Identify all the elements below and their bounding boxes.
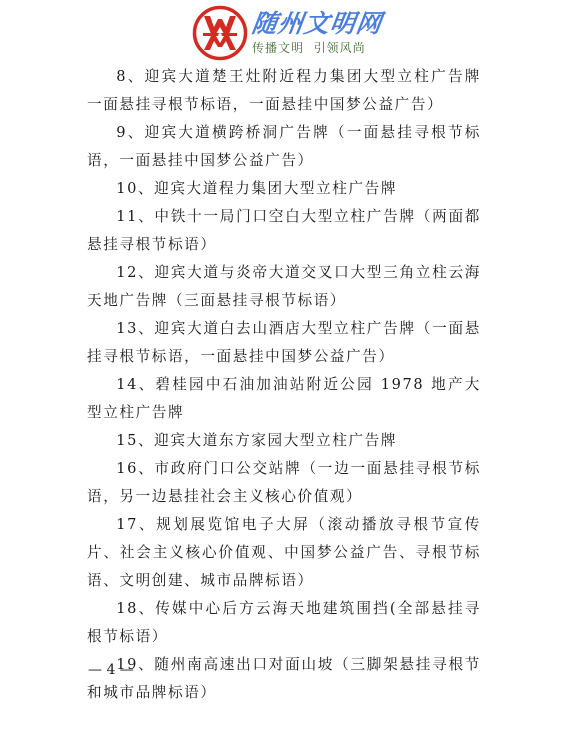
site-name: 随州文明网 (250, 10, 384, 38)
document-body: 8、迎宾大道楚王灶附近程力集团大型立柱广告牌一面悬挂寻根节标语，一面悬挂中国梦公… (87, 63, 481, 707)
wm-circle-logo-icon (192, 5, 248, 61)
list-item-16: 16、市政府门口公交站牌（一边一面悬挂寻根节标语，另一边悬挂社会主义核心价值观） (87, 455, 481, 511)
logo-text-block: 随州文明网 传播文明 引领风尚 (252, 10, 382, 56)
page-number: — 4 — (88, 662, 134, 678)
list-item-18: 18、传媒中心后方云海天地建筑围挡(全部悬挂寻根节标语） (87, 595, 481, 651)
list-item-15: 15、迎宾大道东方家园大型立柱广告牌 (87, 427, 481, 455)
list-item-11: 11、中铁十一局门口空白大型立柱广告牌（两面都悬挂寻根节标语） (87, 203, 481, 259)
list-item-19: 19、随州南高速出口对面山坡（三脚架悬挂寻根节和城市品牌标语） (87, 651, 481, 707)
list-item-13: 13、迎宾大道白去山酒店大型立柱广告牌（一面悬挂寻根节标语，一面悬挂中国梦公益广… (87, 315, 481, 371)
list-item-12: 12、迎宾大道与炎帝大道交叉口大型三角立柱云海天地广告牌（三面悬挂寻根节标语） (87, 259, 481, 315)
list-item-10: 10、迎宾大道程力集团大型立柱广告牌 (87, 175, 481, 203)
list-item-17: 17、规划展览馆电子大屏（滚动播放寻根节宣传片、社会主义核心价值观、中国梦公益广… (87, 511, 481, 595)
list-item-9: 9、迎宾大道横跨桥洞广告牌（一面悬挂寻根节标语，一面悬挂中国梦公益广告） (87, 119, 481, 175)
site-header: 随州文明网 传播文明 引领风尚 (192, 4, 402, 62)
list-item-8: 8、迎宾大道楚王灶附近程力集团大型立柱广告牌一面悬挂寻根节标语，一面悬挂中国梦公… (87, 63, 481, 119)
list-item-14: 14、碧桂园中石油加油站附近公园 1978 地产大型立柱广告牌 (87, 371, 481, 427)
site-slogan: 传播文明 引领风尚 (252, 40, 382, 56)
